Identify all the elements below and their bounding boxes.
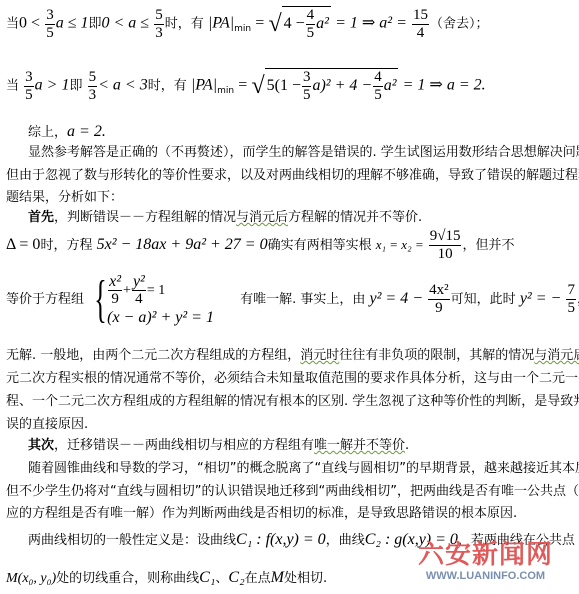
delta-cond: Δ = 0 bbox=[6, 236, 40, 253]
case1-cond-a: 0 < bbox=[19, 15, 40, 32]
pa-abs: |PA| bbox=[191, 77, 217, 94]
spellcheck-underline: 唯一解并不等价 bbox=[314, 438, 405, 453]
first-heading: 首先，判断错误－－方程组解的情况与消元后方程解的情况并不等价. bbox=[28, 210, 422, 226]
fraction: 53 bbox=[88, 69, 98, 104]
case2-when: 时，有 bbox=[148, 79, 187, 94]
quadratic-equation: 5x² − 18ax + 9a² + 27 = 0 bbox=[97, 236, 268, 253]
summary-label: 综上， bbox=[28, 125, 67, 140]
brace-icon: { bbox=[94, 274, 106, 326]
paragraph1-line3: 题结果，分析如下： bbox=[6, 190, 123, 206]
case1-line: 当0 < 35a ≤ 1即0 < a ≤ 53时，有 |PA|min = √4 … bbox=[6, 6, 489, 42]
fraction: 4x²9 bbox=[428, 282, 450, 317]
case2-mid: 即 bbox=[69, 79, 82, 94]
second-label: 其次 bbox=[28, 438, 54, 453]
spellcheck-underline: 与消元后 bbox=[236, 210, 288, 225]
case2-prefix: 当 bbox=[6, 79, 19, 94]
definition-line2: M(x₀, y₀)处的切线重合，则称曲线C₁、C₂在点M处相切. bbox=[6, 570, 327, 587]
sqrt-icon: √ bbox=[251, 73, 264, 99]
fraction: 75 bbox=[566, 282, 576, 317]
pa-sub: min bbox=[234, 24, 251, 34]
summary-value: a = 2. bbox=[67, 123, 106, 140]
delta-line: Δ = 0时，方程 5x² − 18ax + 9a² + 27 = 0确实有两相… bbox=[6, 228, 515, 263]
paragraph3-line1: 随着圆锥曲线和导数的学习，“相切”的概念脱离了“直线与圆相切”的早期背景，越来越… bbox=[28, 461, 579, 477]
case1-cond-c: 0 < a ≤ bbox=[101, 15, 149, 32]
spellcheck-underline: 消元时 bbox=[300, 348, 339, 363]
case1-mid: 即 bbox=[88, 17, 101, 32]
summary-line: 综上，a = 2. bbox=[28, 124, 106, 141]
case1-note: （舍去）； bbox=[430, 17, 489, 32]
second-heading: 其次，迁移错误－－两曲线相切与相应的方程组有唯一解并不等价. bbox=[28, 438, 409, 454]
case2-line: 当 35a > 1即 53< a < 3时，有 |PA|min = √5(1 −… bbox=[6, 68, 486, 104]
sqrt-icon: √ bbox=[268, 11, 281, 37]
case2-cond-b: < a < 3 bbox=[98, 77, 148, 94]
equation-system: { x²9+y²4= 1 (x − a)² + y² = 1 bbox=[88, 273, 214, 326]
roots: x₁ = x₂ = bbox=[376, 237, 424, 252]
case1-result: = 1 ⇒ a² = bbox=[335, 15, 407, 32]
paragraph2-line1: 无解. 一般地，由两个二元二次方程组成的方程组，消元时往往有非负项的限制，其解的… bbox=[6, 348, 579, 364]
case1-prefix: 当 bbox=[6, 17, 19, 32]
paragraph2-line4: 误的直接原因. bbox=[6, 417, 88, 433]
equals: = bbox=[255, 15, 264, 32]
case2-cond-a: a > 1 bbox=[35, 77, 70, 94]
fraction: 154 bbox=[412, 7, 429, 42]
radicand: 5(1 −35a)² + 4 −45a² bbox=[265, 68, 399, 104]
case1-when: 时，有 bbox=[165, 17, 204, 32]
paragraph3-line2: 但不少学生仍将对“直线与圆相切”的认识错误地迁移到“两曲线相切”，把两曲线是否有… bbox=[6, 484, 579, 500]
fraction: 35 bbox=[45, 7, 55, 42]
fraction: 53 bbox=[154, 7, 164, 42]
case2-result: = 1 ⇒ a = 2. bbox=[403, 77, 486, 94]
first-label: 首先 bbox=[28, 210, 54, 225]
paragraph1-line1: 显然参考解答是正确的（不再赘述），而学生的解答是错误的. 学生试图运用数形结合思… bbox=[28, 145, 579, 161]
spellcheck-underline: 与消元后 bbox=[534, 348, 579, 363]
paragraph1-line2: 但由于忽视了数与形转化的等价性要求，以及对两曲线相切的理解不够准确，导致了错误的… bbox=[6, 168, 579, 184]
watermark-title: 六安新闻网 bbox=[418, 540, 553, 570]
paragraph2-line3: 程、一个二元二次方程组成的方程组解的情况有根本的区别. 学生忽视了这种等价性的判… bbox=[6, 394, 579, 410]
paragraph2-line2: 元二次方程实根的情况通常不等价，必须结合未知量取值范围的要求作具体分析，这与由一… bbox=[6, 371, 579, 387]
watermark-url: WWW.LUANINFO.COM bbox=[418, 570, 553, 583]
pa-abs: |PA| bbox=[208, 15, 234, 32]
paragraph3-line3: 应的方程组是否有唯一解）作为判断两曲线是否相切的标准，是导致思路错误的根本原因. bbox=[6, 506, 517, 522]
equals: = bbox=[238, 77, 247, 94]
watermark-logo: 六安新闻网 WWW.LUANINFO.COM bbox=[418, 540, 553, 583]
pa-sub: min bbox=[217, 86, 234, 96]
fraction: 9√1510 bbox=[429, 228, 462, 263]
fraction: 35 bbox=[24, 69, 34, 104]
case1-cond-b: a ≤ 1 bbox=[56, 15, 89, 32]
radicand: 4 −45a² bbox=[282, 6, 331, 42]
system-line: 等价于方程组 { x²9+y²4= 1 (x − a)² + y² = 1 有唯… bbox=[6, 273, 579, 326]
